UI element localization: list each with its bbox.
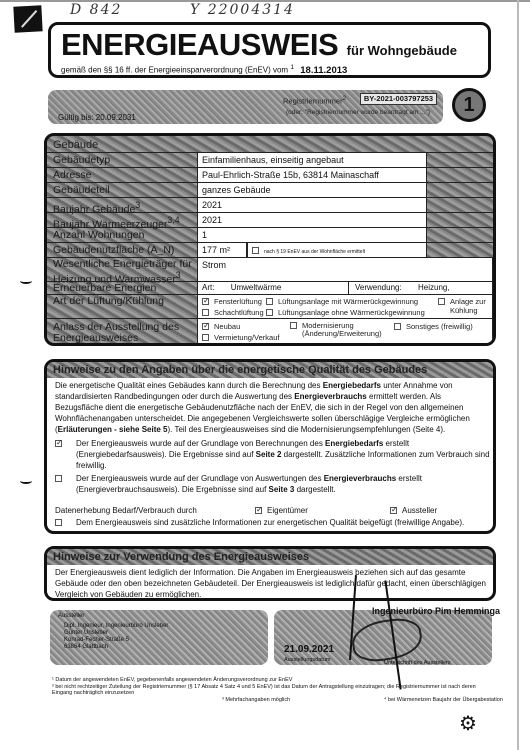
ventilation-cooling[interactable]: Anlage zur Kühlung <box>438 297 493 315</box>
consumption-checkbox[interactable] <box>55 475 62 482</box>
data-by-issuer[interactable]: Aussteller <box>390 505 437 516</box>
footnote-4: ⁴ bei Wärmenetzen Baujahr der Übergabest… <box>384 697 504 704</box>
choice-demand-certificate[interactable]: Der Energieausweis wurde auf der Grundla… <box>55 438 491 471</box>
registration-number: BY-2021-003797253 <box>360 93 437 105</box>
registration-label: Registriernummer2 <box>283 95 346 106</box>
additional-info-checkbox[interactable] <box>55 519 62 526</box>
ventilation-without-recovery[interactable]: Lüftungsanlage ohne Wärmerückgewinnung <box>266 308 425 317</box>
reason-rent-sale[interactable]: Vermietung/Verkauf <box>202 333 279 342</box>
quality-notes-header: Hinweise zu den Angaben über die energet… <box>47 362 493 378</box>
page-edge-right <box>517 0 519 750</box>
issuer-address: Dipl. Ingenieur, Ingenieurbüro Unsleber … <box>64 623 168 651</box>
title-box: ENERGIEAUSWEIS für Wohngebäude gemäß den… <box>48 22 491 78</box>
usage-notes-header: Hinweise zur Verwendung des Energieauswe… <box>47 549 493 565</box>
row-construction-year: Baujahr Gebäude3 2021 <box>47 197 493 212</box>
reason-other[interactable]: Sonstiges (freiwillig) <box>394 322 473 331</box>
issuer-label: Aussteller <box>58 613 84 619</box>
data-collection-row: Datenerhebung Bedarf/Verbrauch durch Eig… <box>55 505 491 516</box>
punch-hole-mark <box>20 478 32 484</box>
registration-note: (oder: "Registriernummer wurde beantragt… <box>286 109 430 116</box>
row-address: Adresse Paul-Ehrlich-Straße 15b, 63814 M… <box>47 167 493 182</box>
legal-basis: gemäß den §§ 16 ff. der Energieeinsparve… <box>61 64 478 76</box>
row-heater-year: Baujahr Wärmeerzeuger3,4 2021 <box>47 212 493 227</box>
additional-info-choice[interactable]: Dem Energieausweis sind zusätzliche Info… <box>55 517 491 528</box>
corner-mark-icon <box>13 5 42 32</box>
reason-new-build[interactable]: Neubau <box>202 322 240 331</box>
demand-checkbox[interactable] <box>55 440 62 447</box>
data-by-owner[interactable]: Eigentümer <box>255 505 308 516</box>
document-subtitle: für Wohngebäude <box>347 43 457 58</box>
page-number-badge: 1 <box>452 88 486 122</box>
row-renewables: Erneuerbare Energien Art: Umweltwärme Ve… <box>47 281 493 294</box>
row-issue-reason: Anlass der Ausstellung des Energieauswei… <box>47 318 493 346</box>
row-building-type: Gebäudetyp Einfamilienhaus, einseitig an… <box>47 152 493 167</box>
row-energy-carrier: Wesentliche Energieträger für Heizung un… <box>47 257 493 281</box>
ventilation-with-recovery[interactable]: Lüftungsanlage mit Wärmerückgewinnung <box>266 297 418 306</box>
row-apartments: Anzahl Wohnungen 1 <box>47 227 493 242</box>
renewables-type: Umweltwärme <box>231 283 282 292</box>
quality-notes-intro: Die energetische Qualität eines Gebäudes… <box>55 380 491 435</box>
handwritten-note-2: Y 22004314 <box>190 2 295 18</box>
building-section-header: Gebäude <box>53 139 98 151</box>
document-title: ENERGIEAUSWEIS <box>61 27 338 62</box>
building-section: Gebäude Gebäudetyp Einfamilienhaus, eins… <box>44 133 496 346</box>
row-building-part: Gebäudeteil ganzes Gebäude <box>47 182 493 197</box>
signature-label: Unterschrift des Ausstellers <box>384 660 451 666</box>
gear-icon: ⚙ <box>459 714 477 734</box>
punch-hole-mark <box>20 278 32 284</box>
choice-consumption-certificate[interactable]: Der Energieausweis wurde auf der Grundla… <box>55 473 491 495</box>
stamp-title: Ingenieurbüro Pim Hemminga <box>372 606 500 616</box>
usage-notes-section: Hinweise zur Verwendung des Energieauswe… <box>44 546 496 601</box>
row-floor-area: Gebäudenutzfläche (A_N) 177 m² nach § 19… <box>47 242 493 257</box>
energy-carrier-value: Strom <box>197 258 493 281</box>
valid-until: Gültig bis: 20.09.2031 <box>58 113 136 122</box>
usage-notes-text: Der Energieausweis dient lediglich der I… <box>55 567 491 600</box>
issue-date: 21.09.2021 <box>284 644 334 655</box>
issue-date-label: Ausstellungsdatum <box>284 657 330 663</box>
ventilation-shaft[interactable]: Schachtlüftung <box>202 308 264 317</box>
enev-date: 18.11.2013 <box>300 65 347 76</box>
quality-notes-section: Hinweise zu den Angaben über die energet… <box>44 359 496 534</box>
reason-modernisation[interactable]: Modernisierung (Änderung/Erweiterung) <box>290 322 385 338</box>
handwritten-note-1: D 842 <box>70 2 122 18</box>
ventilation-window[interactable]: Fensterlüftung <box>202 297 262 306</box>
row-ventilation: Art der Lüftung/Kühlung Fensterlüftung L… <box>47 294 493 318</box>
floor-area-checkbox[interactable] <box>252 247 259 254</box>
